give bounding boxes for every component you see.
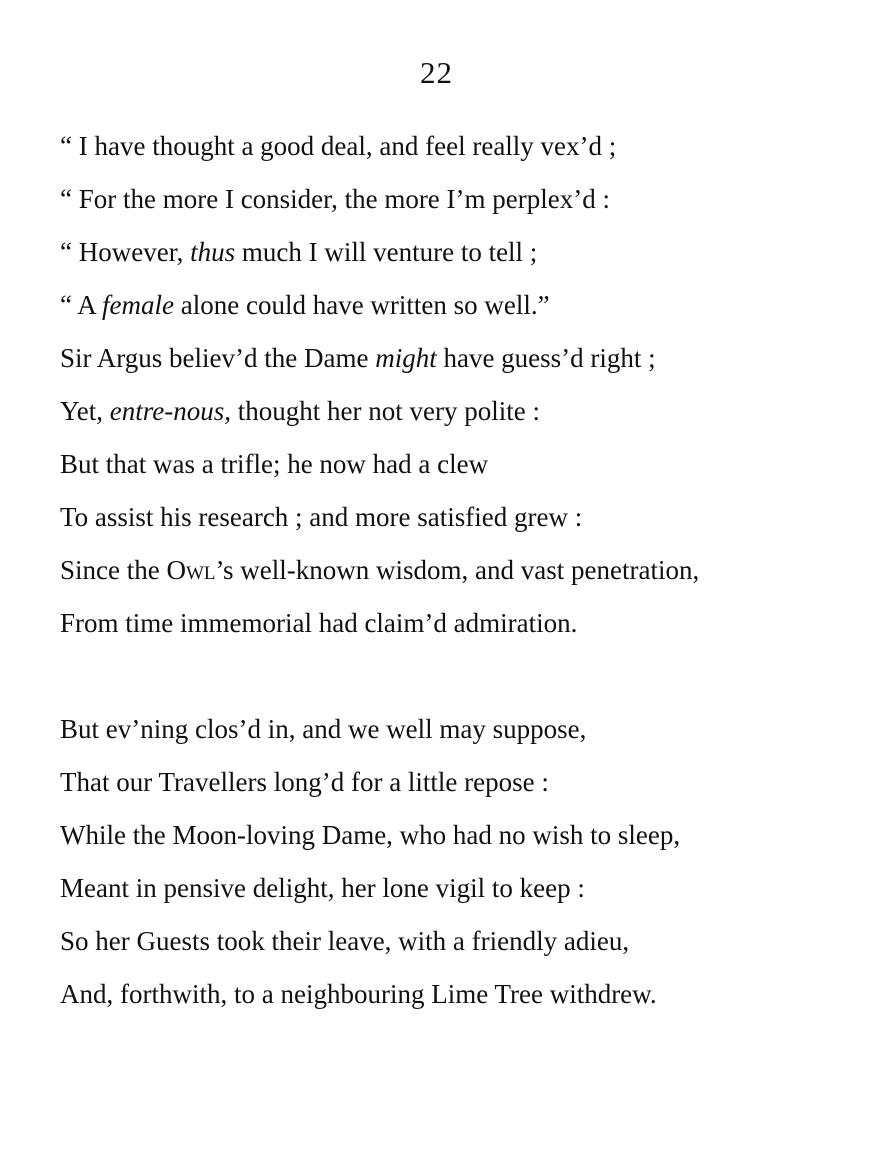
text-segment: “ For the more I consider, the more I’m …: [60, 184, 610, 214]
verse-line: Meant in pensive delight, her lone vigil…: [60, 872, 585, 904]
text-segment: While the Moon-loving Dame, who had no w…: [60, 820, 680, 850]
text-segment: But ev’ning clos’d in, and we well may s…: [60, 714, 586, 744]
text-segment: much I will venture to tell ;: [235, 237, 537, 267]
text-segment: From time immemorial had claim’d admirat…: [60, 608, 577, 638]
small-caps-text: Owl: [166, 555, 215, 585]
text-segment: Yet,: [60, 396, 110, 426]
verse-line: Since the Owl’s well-known wisdom, and v…: [60, 554, 699, 586]
text-segment: have guess’d right ;: [437, 343, 656, 373]
verse-line: “ However, thus much I will venture to t…: [60, 236, 537, 268]
text-segment: Meant in pensive delight, her lone vigil…: [60, 873, 585, 903]
verse-line: While the Moon-loving Dame, who had no w…: [60, 819, 680, 851]
text-segment: To assist his research ; and more satisf…: [60, 502, 582, 532]
italic-text: entre-nous,: [110, 396, 231, 426]
text-segment: So her Guests took their leave, with a f…: [60, 926, 629, 956]
text-segment: That our Travellers long’d for a little …: [60, 767, 549, 797]
verse-line: That our Travellers long’d for a little …: [60, 766, 549, 798]
verse-line: But ev’ning clos’d in, and we well may s…: [60, 713, 586, 745]
verse-line: From time immemorial had claim’d admirat…: [60, 607, 577, 639]
verse-line: To assist his research ; and more satisf…: [60, 501, 582, 533]
page-number: 22: [0, 55, 873, 91]
text-segment: “ I have thought a good deal, and feel r…: [60, 131, 616, 161]
text-segment: Since the: [60, 555, 166, 585]
verse-line: “ I have thought a good deal, and feel r…: [60, 130, 616, 162]
italic-text: thus: [190, 237, 235, 267]
text-segment: Sir Argus believ’d the Dame: [60, 343, 375, 373]
verse-line: Sir Argus believ’d the Dame might have g…: [60, 342, 656, 374]
verse-line: But that was a trifle; he now had a clew: [60, 448, 488, 480]
text-segment: thought her not very polite :: [231, 396, 540, 426]
verse-line: “ A female alone could have written so w…: [60, 289, 550, 321]
text-segment: ’s well-known wisdom, and vast penetrati…: [216, 555, 700, 585]
verse-line: “ For the more I consider, the more I’m …: [60, 183, 610, 215]
text-segment: And, forthwith, to a neighbouring Lime T…: [60, 979, 657, 1009]
verse-line: So her Guests took their leave, with a f…: [60, 925, 629, 957]
text-segment: “ However,: [60, 237, 190, 267]
text-segment: alone could have written so well.”: [174, 290, 550, 320]
text-segment: But that was a trifle; he now had a clew: [60, 449, 488, 479]
italic-text: might: [375, 343, 437, 373]
verse-line: And, forthwith, to a neighbouring Lime T…: [60, 978, 657, 1010]
text-segment: “ A: [60, 290, 102, 320]
verse-line: Yet, entre-nous, thought her not very po…: [60, 395, 540, 427]
italic-text: female: [102, 290, 174, 320]
